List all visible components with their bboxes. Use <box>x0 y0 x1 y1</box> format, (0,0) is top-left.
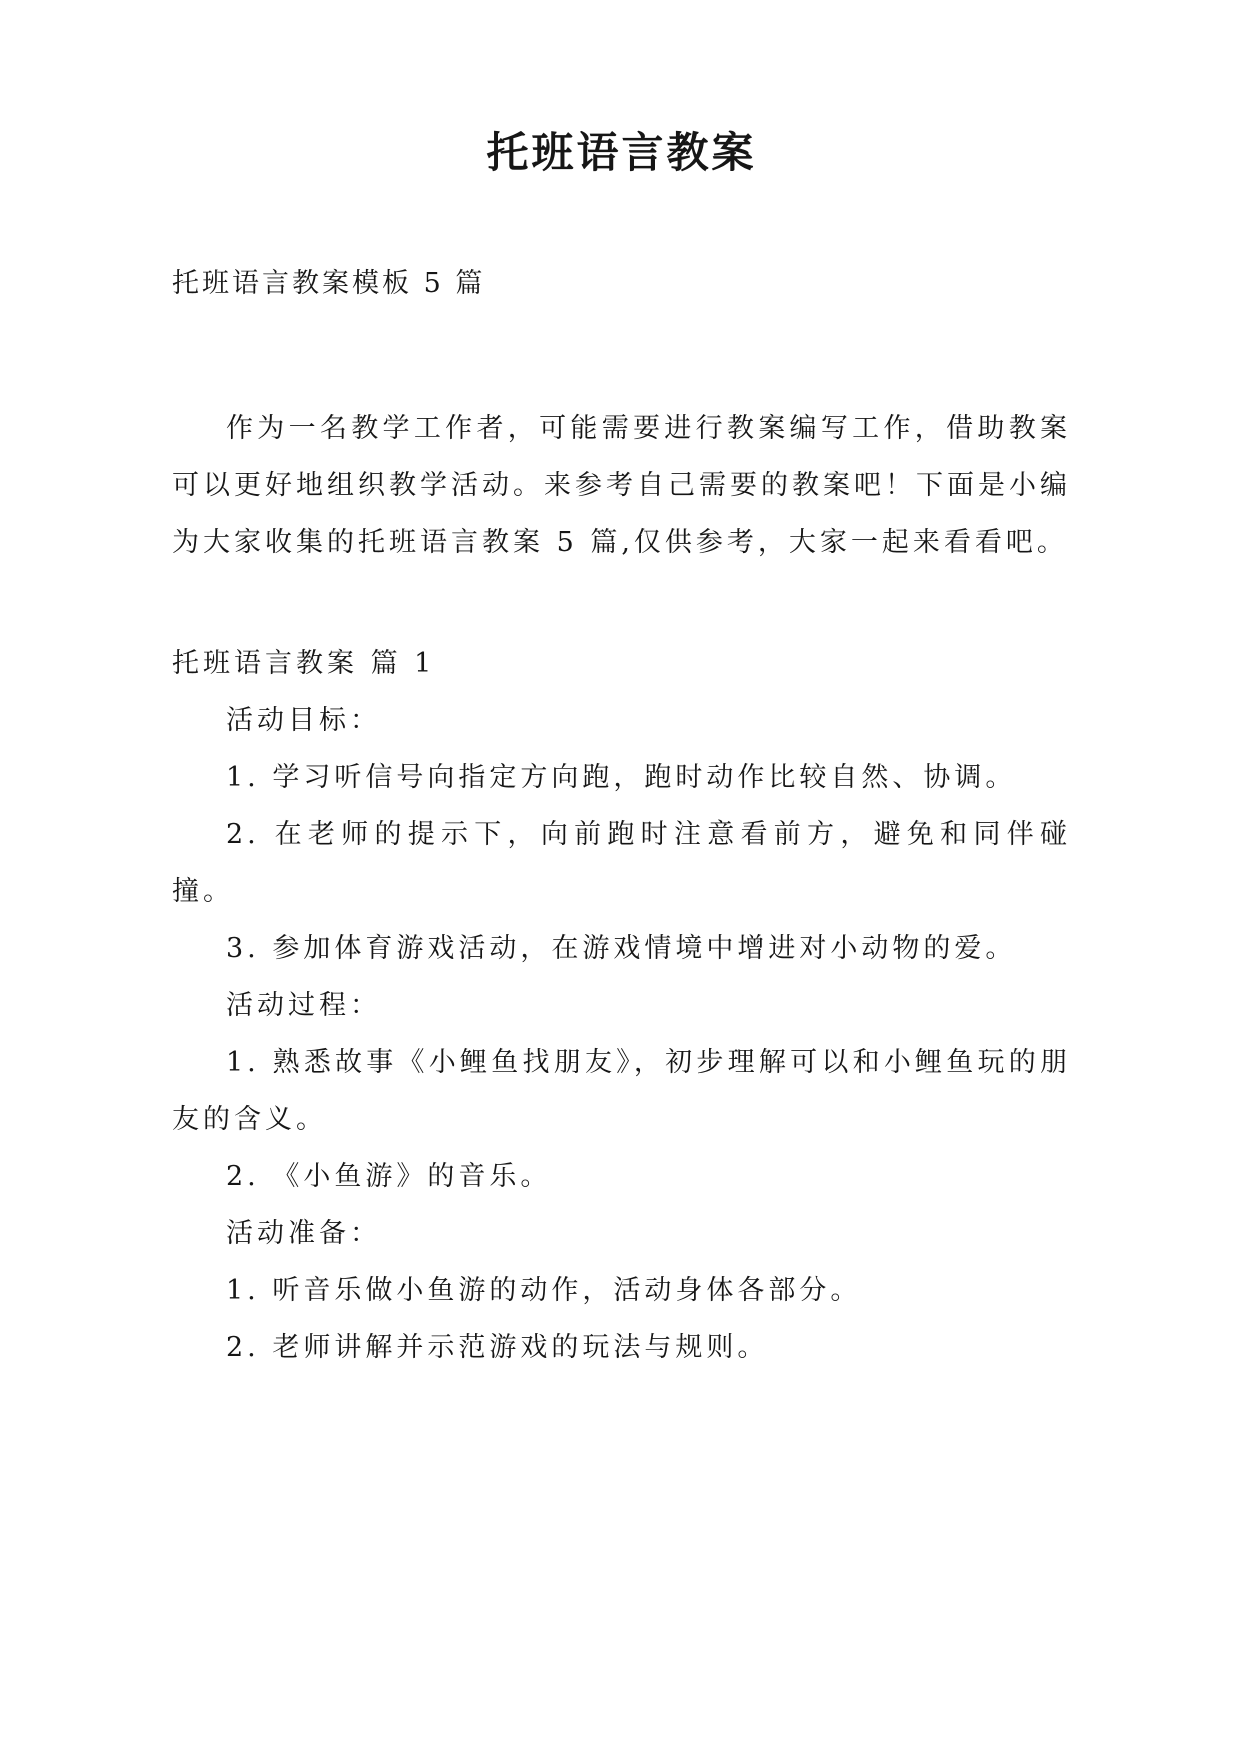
paragraph-goal-3: 3. 参加体育游戏活动，在游戏情境中增进对小动物的爱。 <box>172 920 1071 977</box>
document-subtitle: 托班语言教案模板 5 篇 <box>172 255 1071 312</box>
paragraph-activity-process-label: 活动过程： <box>172 977 1071 1034</box>
intro-paragraph: 作为一名教学工作者，可能需要进行教案编写工作，借助教案可以更好地组织教学活动。来… <box>172 400 1071 571</box>
paragraph-process-2: 2. 《小鱼游》的音乐。 <box>172 1148 1071 1205</box>
paragraph-process-1: 1. 熟悉故事《小鲤鱼找朋友》，初步理解可以和小鲤鱼玩的朋友的含义。 <box>172 1034 1071 1148</box>
section-heading-part-1: 托班语言教案 篇 1 <box>172 635 1071 692</box>
paragraph-goal-1: 1. 学习听信号向指定方向跑，跑时动作比较自然、协调。 <box>172 749 1071 806</box>
document-title: 托班语言教案 <box>172 128 1071 178</box>
paragraph-goal-2: 2. 在老师的提示下，向前跑时注意看前方，避免和同伴碰撞。 <box>172 806 1071 920</box>
document-page: 托班语言教案 托班语言教案模板 5 篇 作为一名教学工作者，可能需要进行教案编写… <box>0 0 1241 1754</box>
paragraph-preparation-1: 1. 听音乐做小鱼游的动作，活动身体各部分。 <box>172 1262 1071 1319</box>
paragraph-activity-preparation-label: 活动准备： <box>172 1205 1071 1262</box>
paragraph-activity-goals-label: 活动目标： <box>172 692 1071 749</box>
paragraph-preparation-2: 2. 老师讲解并示范游戏的玩法与规则。 <box>172 1319 1071 1376</box>
